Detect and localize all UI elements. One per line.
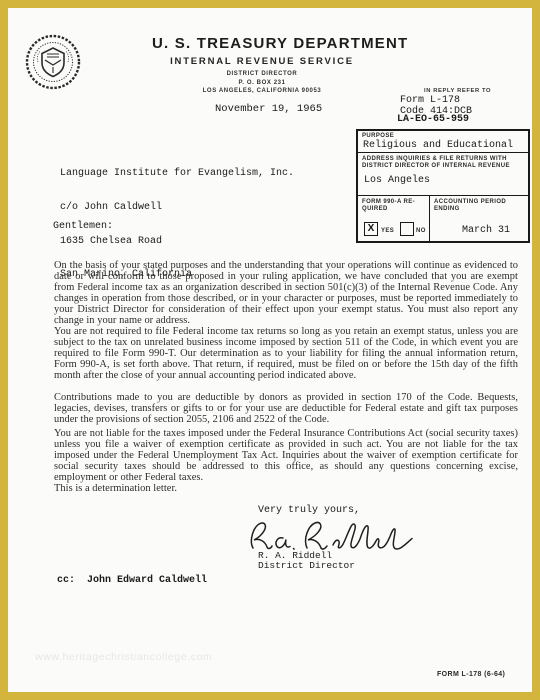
city-line: LOS ANGELES, CALIFORNIA 90053 [152,88,372,94]
body-paragraph: You are not required to file Federal inc… [54,327,518,382]
treasury-seal-icon [24,31,82,93]
address-inquiries-label-2: DISTRICT DIRECTOR OF INTERNAL REVENUE [362,163,510,170]
department-title: U. S. TREASURY DEPARTMENT [152,35,372,52]
info-box-divider-2 [358,195,528,196]
address-inquiries-value: Los Angeles [364,175,430,186]
form-990a-label-1: FORM 990-A RE- [362,199,415,206]
body-paragraph: You are not liable for the taxes imposed… [54,429,518,484]
no-label: NO [416,228,426,235]
closing-line: Very truly yours, [258,505,360,516]
reply-ref-form: Form L-178 [400,95,460,106]
recipient-line: 1635 Chelsea Road [60,236,294,247]
no-checkbox [400,222,414,236]
recipient-line: c/o John Caldwell [60,202,294,213]
letterhead: U. S. TREASURY DEPARTMENT INTERNAL REVEN… [152,35,372,94]
form-number-footer: FORM L-178 (6-64) [437,671,505,678]
cc-line: cc: John Edward Caldwell [57,575,207,586]
determination-info-box: PURPOSE Religious and Educational ADDRES… [356,129,530,243]
address-inquiries-label-1: ADDRESS INQUIRIES & FILE RETURNS WITH [362,156,507,163]
watermark: www.heritagechristiancollege.com [35,651,212,663]
signer-title: District Director [258,561,355,571]
form-990a-label-2: QUIRED [362,206,388,213]
info-box-divider-vertical [429,195,430,241]
accounting-period-label-2: ENDING [434,206,460,213]
body-paragraph: This is a determination letter. [54,484,518,495]
purpose-label: PURPOSE [362,133,394,140]
reply-ref-label: IN REPLY REFER TO [424,88,491,94]
date-line: November 19, 1965 [215,104,322,115]
purpose-value: Religious and Educational [363,140,513,151]
yes-checkbox: X [364,222,378,236]
yes-checkbox-mark: X [368,223,375,234]
body-paragraph: Contributions made to you are deductible… [54,393,518,426]
info-box-divider-1 [358,152,528,153]
service-title: INTERNAL REVENUE SERVICE [152,56,372,67]
accounting-period-value: March 31 [462,225,510,236]
salutation: Gentlemen: [53,221,113,232]
reply-ref-file-number: LA-EO-65-959 [397,114,469,125]
body-paragraph: On the basis of your stated purposes and… [54,261,518,326]
district-director-line: DISTRICT DIRECTOR [152,71,372,77]
recipient-line: Language Institute for Evangelism, Inc. [60,168,294,179]
yes-label: YES [381,228,394,235]
accounting-period-label-1: ACCOUNTING PERIOD [434,199,506,206]
po-box-line: P. O. BOX 231 [152,80,372,86]
